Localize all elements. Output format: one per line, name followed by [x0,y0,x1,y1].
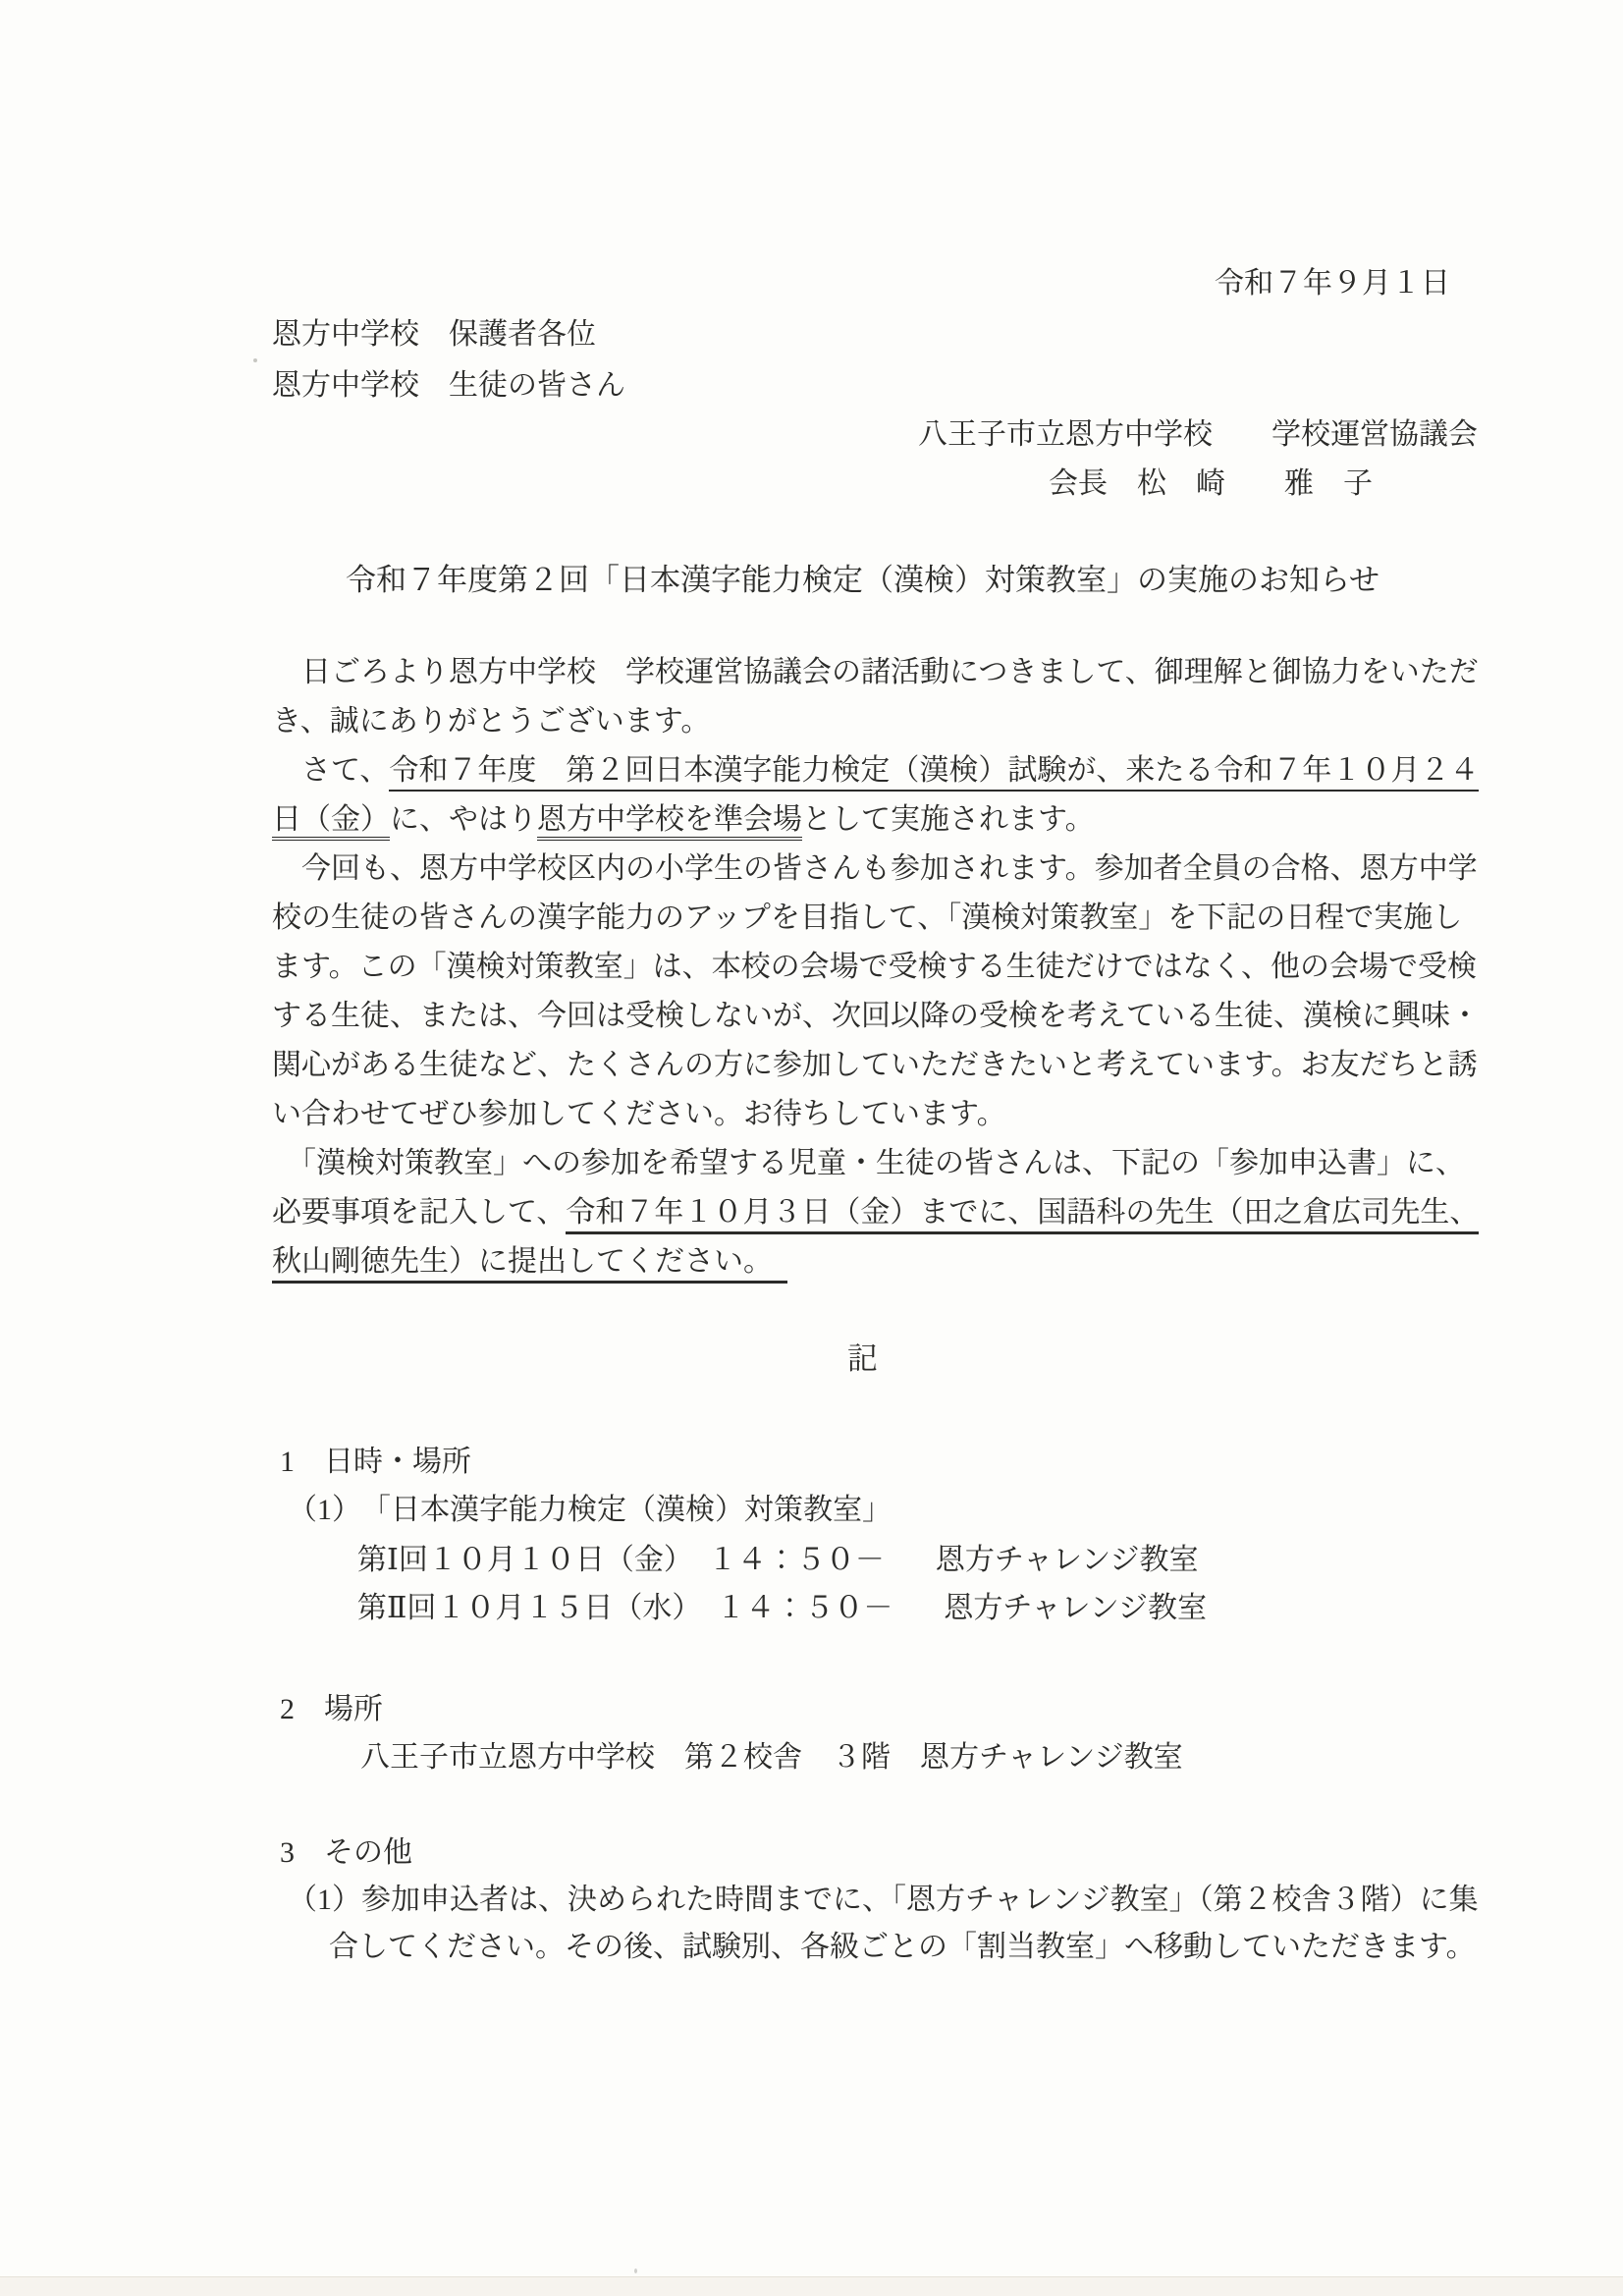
paragraph-exam-line2: 日（金）に、やはり恩方中学校を準会場として実施されます。 [272,795,1465,845]
section-3-number: 3 [280,1836,295,1869]
paragraph-invitation-line2: 校の生徒の皆さんの漢字能力のアップを目指して、「漢検対策教室」を下記の日程で実施… [272,894,1465,943]
exam-line2-plain: に、やはり [390,803,537,836]
section-2-number: 2 [280,1693,295,1725]
underline-submission: 秋山剛徳先生）に提出してください。 [272,1245,787,1284]
section-2-location-line: 八王子市立恩方中学校 第２校舎 ３階 恩方チャレンジ教室 [360,1733,1183,1782]
paragraph-invitation-line3: ます。この「漢検対策教室」は、本校の会場で受検する生徒だけではなく、他の会場で受… [272,943,1465,992]
recipient-students: 恩方中学校 生徒の皆さん [272,361,625,410]
paragraph-exam-line1: さて、令和７年度 第２回日本漢字能力検定（漢検）試験が、来たる令和７年１０月２４ [272,746,1465,795]
schedule-row-2: 第Ⅱ回１０月１５日（水） １４：５０－恩方チャレンジ教室 [357,1584,1207,1633]
section-3-heading-label: その他 [324,1836,412,1869]
section-1-heading-label: 日時・場所 [324,1446,471,1478]
exam-line1-plain: さて、 [272,754,389,787]
paragraph-application-line3: 秋山剛徳先生）に提出してください。 [272,1237,1465,1286]
schedule-row-1: 第Ⅰ回１０月１０日（金） １４：５０－恩方チャレンジ教室 [357,1536,1198,1585]
scan-speck [253,358,257,362]
section-3-heading: 3 その他 [280,1829,412,1878]
paragraph-invitation-line1: 今回も、恩方中学校区内の小学生の皆さんも参加されます。参加者全員の合格、恩方中学 [272,845,1465,894]
ki-marker: 記 [272,1334,1453,1378]
exam-line2-tail: として実施されます。 [802,803,1095,836]
notice-title: 令和７年度第２回「日本漢字能力検定（漢検）対策教室」の実施のお知らせ [272,560,1453,601]
document-page: 令和７年９月１日 恩方中学校 保護者各位 恩方中学校 生徒の皆さん 八王子市立恩… [0,0,1623,2296]
section-3-line1: （1）参加申込者は、決められた時間までに、「恩方チャレンジ教室」（第２校舎３階）… [288,1876,1479,1925]
section-1-number: 1 [280,1446,295,1478]
section-3-line2: 合してください。その後、試験別、各級ごとの「割当教室」へ移動していただきます。 [329,1923,1476,1972]
paragraph-invitation-line5: 関心がある生徒など、たくさんの方に参加していただきたいと考えています。お友だちと… [272,1041,1465,1090]
recipient-parents: 恩方中学校 保護者各位 [272,310,596,359]
paragraph-greeting-line1: 日ごろより恩方中学校 学校運営協議会の諸活動につきまして、御理解と御協力をいただ [272,648,1465,697]
underline-exam-day: 日（金） [272,803,390,841]
schedule-row-2-session: 第Ⅱ回１０月１５日（水） １４：５０－ [357,1592,893,1624]
underline-exam-date-info: 令和７年度 第２回日本漢字能力検定（漢検）試験が、来たる令和７年１０月２４ [389,754,1479,792]
section-1-sublabel: （1） 「日本漢字能力検定（漢検）対策教室」 [288,1486,892,1535]
sender-organization: 八王子市立恩方中学校 学校運営協議会 [918,410,1478,460]
scan-speck [634,2269,637,2273]
section-2-heading-label: 場所 [324,1693,383,1725]
application-line2-plain: 必要事項を記入して、 [272,1196,566,1229]
paragraph-application-line1: 「漢検対策教室」への参加を希望する児童・生徒の皆さんは、下記の「参加申込書」に、 [272,1139,1465,1188]
schedule-row-1-session: 第Ⅰ回１０月１０日（金） １４：５０－ [357,1544,885,1576]
paragraph-invitation-line6: い合わせてぜひ参加してください。お待ちしています。 [272,1090,1465,1139]
underline-deadline: 令和７年１０月３日（金）までに、国語科の先生（田之倉広司先生、 [566,1196,1479,1234]
underline-venue: 恩方中学校を準会場 [537,803,802,841]
body-text: 日ごろより恩方中学校 学校運営協議会の諸活動につきまして、御理解と御協力をいただ… [272,648,1465,1286]
scan-bottom-edge [0,2276,1623,2296]
sender-chairperson: 会長 松 崎 雅 子 [1049,460,1373,509]
section-1-heading: 1 日時・場所 [280,1438,471,1487]
date-line: 令和７年９月１日 [272,259,1450,308]
paragraph-greeting-line2: き、誠にありがとうございます。 [272,697,1465,746]
paragraph-invitation-line4: する生徒、または、今回は受検しないが、次回以降の受検を考えている生徒、漢検に興味… [272,992,1465,1041]
schedule-row-2-room: 恩方チャレンジ教室 [944,1592,1207,1624]
schedule-row-1-room: 恩方チャレンジ教室 [936,1544,1199,1576]
section-2-heading: 2 場所 [280,1685,383,1734]
paragraph-application-line2: 必要事項を記入して、令和７年１０月３日（金）までに、国語科の先生（田之倉広司先生… [272,1188,1465,1237]
